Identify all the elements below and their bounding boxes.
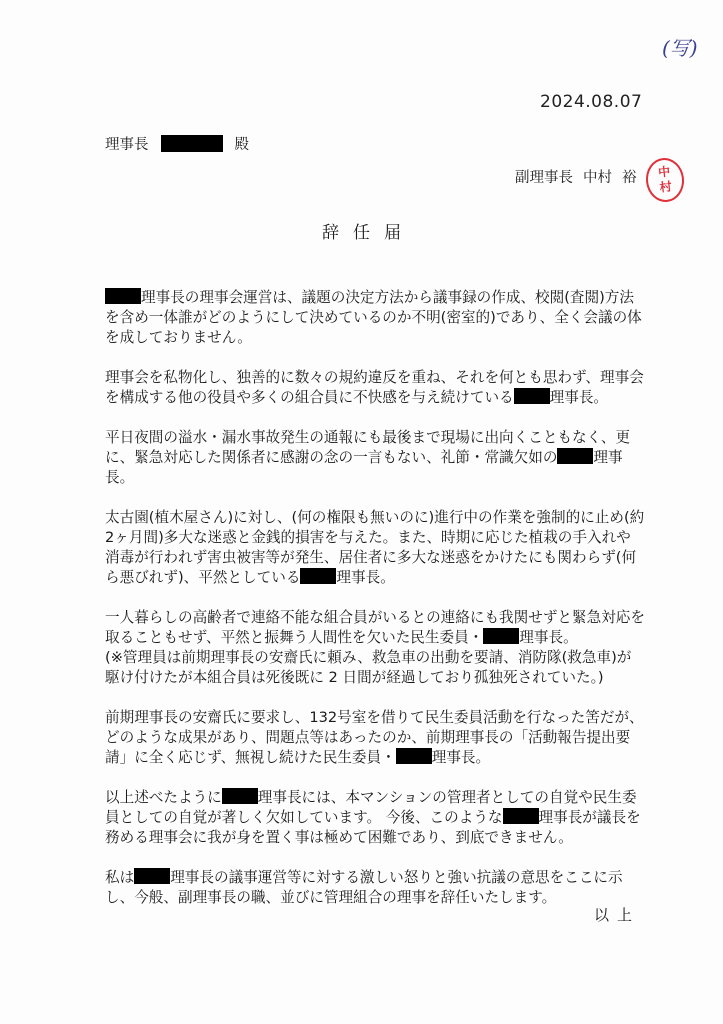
paragraph-8: 私は理事長の議事運営等に対する激しい怒りと強い抗議の意思をここに示し、今般、副理… — [105, 868, 645, 908]
paragraph-6: 前期理事長の安齋氏に要求し、132号室を借りて民生委員活動を行なった筈だが、どの… — [105, 708, 645, 768]
closing-mark: 以上 — [594, 904, 640, 925]
document-date: 2024.08.07 — [540, 92, 642, 112]
redaction-box — [514, 388, 550, 404]
paragraph-text: 理事長。 — [550, 389, 608, 406]
redaction-box — [503, 808, 539, 824]
document-page: (写) 2024.08.07 理事長 殿 副理事長 中村 裕 中 村 辞任届 理… — [0, 0, 723, 1024]
hanko-seal-icon: 中 村 — [644, 156, 686, 204]
paragraph-text: 平日夜間の溢水・漏水事故発生の通報にも最後まで現場に出向くこともなく、更に、緊急… — [105, 429, 630, 466]
redaction-box — [483, 628, 519, 644]
addressee: 理事長 殿 — [105, 133, 249, 154]
paragraph-text: 理事長。 — [432, 749, 490, 766]
redaction-box — [300, 568, 336, 584]
paragraph-text: 理事長。 — [336, 569, 394, 586]
paragraph-2: 理事会を私物化し、独善的に数々の規約違反を重ね、それを何とも思わず、理事会を構成… — [105, 368, 645, 408]
addressee-title: 理事長 — [105, 133, 149, 154]
sender-title: 副理事長 — [515, 166, 573, 187]
sender: 副理事長 中村 裕 — [515, 166, 637, 187]
redaction-box — [161, 135, 223, 152]
redaction-box — [105, 288, 141, 304]
paragraph-text: 私は — [105, 869, 134, 886]
sender-given-name: 裕 — [622, 166, 637, 187]
redaction-box — [134, 868, 170, 884]
paragraph-1: 理事長の理事会運営は、議題の決定方法から議事録の作成、校閲(査閲)方法を含め一体… — [105, 288, 645, 348]
paragraph-4: 太古園(植木屋さん)に対し、(何の権限も無いのに)進行中の作業を強制的に止め(約… — [105, 508, 645, 588]
paragraph-note: (※管理員は前期理事長の安齋氏に頼み、救急車の出動を要請、消防隊(救急車)が駆け… — [105, 649, 631, 686]
paragraph-text: 前期理事長の安齋氏に要求し、132号室を借りて民生委員活動を行なった筈だが、どの… — [105, 709, 644, 766]
paragraph-text: 以上述べたように — [105, 789, 222, 806]
seal-char-bottom: 村 — [648, 178, 683, 196]
paragraph-3: 平日夜間の溢水・漏水事故発生の通報にも最後まで現場に出向くこともなく、更に、緊急… — [105, 428, 645, 488]
sender-family-name: 中村 — [583, 166, 612, 187]
paragraph-7: 以上述べたように理事長には、本マンションの管理者としての自覚や民生委員としての自… — [105, 788, 645, 848]
redaction-box — [222, 788, 258, 804]
document-title: 辞任届 — [0, 218, 723, 243]
paragraph-5: 一人暮らしの高齢者で連絡不能な組合員がいるとの連絡にも我関せずと緊急対応を取るこ… — [105, 608, 645, 688]
paragraph-text: 理事長。 — [519, 629, 577, 646]
redaction-box — [396, 748, 432, 764]
paragraph-text: 理事長の理事会運営は、議題の決定方法から議事録の作成、校閲(査閲)方法を含め一体… — [105, 289, 642, 346]
addressee-honorific: 殿 — [235, 133, 250, 154]
copy-mark: (写) — [662, 32, 698, 61]
redaction-box — [557, 448, 593, 464]
document-body: 理事長の理事会運営は、議題の決定方法から議事録の作成、校閲(査閲)方法を含め一体… — [105, 288, 645, 928]
paragraph-text: 理事長の議事運営等に対する激しい怒りと強い抗議の意思をここに示し、今般、副理事長… — [105, 869, 623, 906]
